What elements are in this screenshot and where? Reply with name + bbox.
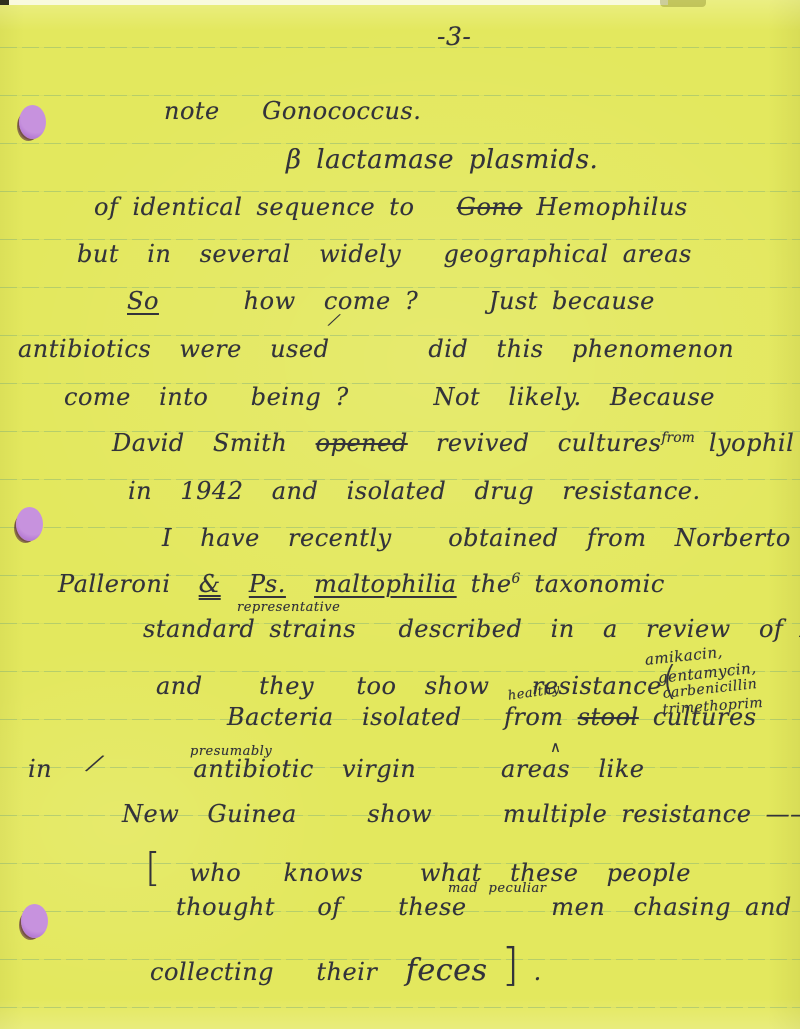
- line-thought-of-these: thought of these men chasing and: [176, 893, 792, 921]
- page-top-edge: [0, 0, 668, 5]
- hole-punch-dot: [21, 904, 48, 938]
- line-note-gonococcus-seg-0: note Gonococcus.: [164, 97, 421, 125]
- page-number-seg-0: -3-: [437, 22, 471, 51]
- line-david-smith-seg-3: from: [661, 430, 694, 446]
- annotation-mad-peculiar-seg-0: mad peculiar: [448, 881, 546, 896]
- line-david-smith: David Smith opened revived culturesfrom …: [112, 429, 794, 457]
- line-identical-sequence: of identical sequence to Gono Hemophilus: [94, 193, 688, 221]
- line-new-guinea-seg-0: New Guinea show multiple resistance ——: [122, 800, 800, 828]
- line-how-come-seg-0: So: [127, 287, 159, 315]
- corner-mark: [0, 0, 9, 5]
- line-palleroni: Palleroni & Ps. maltophilia the6 taxonom…: [58, 570, 665, 598]
- annotation-presumably: presumably: [190, 744, 272, 759]
- line-bacteria-isolated-seg-2: cultures: [639, 703, 757, 731]
- line-new-guinea: New Guinea show multiple resistance ——: [122, 800, 800, 828]
- annotation-representative-seg-0: representative: [237, 600, 340, 615]
- line-1942: in 1942 and isolated drug resistance.: [128, 477, 701, 505]
- line-david-smith-seg-0: David Smith: [112, 429, 316, 457]
- line-come-into-being: come into being ? Not likely. Because: [64, 383, 715, 411]
- caret-stool: ∧: [550, 738, 561, 756]
- line-palleroni-seg-6: the: [457, 570, 512, 598]
- line-standard-strains-seg-0: standard strains described in a review o…: [143, 615, 800, 643]
- line-they-too-show: and they too show resistance(: [156, 658, 678, 704]
- line-identical-sequence-seg-1: Gono: [457, 193, 523, 221]
- hole-punch-dot: [16, 507, 43, 541]
- notebook-page: -3-note Gonococcus.β lactamase plasmids.…: [0, 0, 800, 1029]
- line-david-smith-seg-1: opened: [316, 429, 408, 457]
- annotation-presumably-seg-0: presumably: [190, 744, 272, 759]
- line-antibiotic-virgin: in antibiotic virgin areas like: [28, 755, 644, 783]
- line-collecting-feces-seg-3: ]: [502, 940, 520, 991]
- line-geographical: but in several widely geographical areas: [77, 240, 692, 268]
- line-palleroni-seg-2: [221, 570, 249, 598]
- line-antibiotics-used: antibiotics were used did this phenomeno…: [18, 335, 734, 363]
- hole-punch-dot: [19, 105, 46, 139]
- line-collecting-feces-seg-2: [488, 958, 502, 986]
- line-who-knows: [ who knows what these people: [145, 845, 691, 891]
- line-palleroni-seg-8: taxonomic: [520, 570, 664, 598]
- line-standard-strains: standard strains described in a review o…: [143, 615, 800, 643]
- line-they-too-show-seg-0: and they too show resistance: [156, 672, 662, 700]
- line-collecting-feces-seg-4: .: [520, 958, 542, 986]
- line-recently-obtained: I have recently obtained from Norberto: [162, 524, 791, 552]
- page-number: -3-: [437, 22, 471, 51]
- line-identical-sequence-seg-0: of identical sequence to: [94, 193, 457, 221]
- line-1942-seg-0: in 1942 and isolated drug resistance.: [128, 477, 701, 505]
- line-note-gonococcus: note Gonococcus.: [164, 97, 421, 125]
- line-geographical-seg-0: but in several widely geographical areas: [77, 240, 692, 268]
- line-recently-obtained-seg-0: I have recently obtained from Norberto: [162, 524, 791, 552]
- line-how-come-seg-1: how come ? Just because: [159, 287, 655, 315]
- annotation-representative: representative: [237, 600, 340, 615]
- line-palleroni-seg-4: [286, 570, 314, 598]
- line-collecting-feces-seg-0: collecting their: [150, 958, 406, 986]
- line-david-smith-seg-2: revived cultures: [408, 429, 662, 457]
- line-who-knows-seg-0: [: [145, 845, 161, 891]
- line-lactamase-seg-0: β lactamase plasmids.: [286, 145, 598, 175]
- line-david-smith-seg-4: lyophil: [695, 429, 794, 457]
- annotation-mad-peculiar: mad peculiar: [448, 881, 546, 896]
- line-antibiotic-virgin-seg-0: in antibiotic virgin areas like: [28, 755, 644, 783]
- line-palleroni-seg-1: &: [199, 570, 221, 598]
- line-antibiotics-used-seg-0: antibiotics were used did this phenomeno…: [18, 335, 734, 363]
- caret-stool-seg-0: ∧: [550, 738, 561, 756]
- line-bacteria-isolated: Bacteria isolated from stool cultures: [227, 703, 757, 731]
- line-come-into-being-seg-0: come into being ? Not likely. Because: [64, 383, 715, 411]
- line-palleroni-seg-0: Palleroni: [58, 570, 199, 598]
- line-who-knows-seg-1: who knows what these people: [161, 859, 691, 887]
- line-bacteria-isolated-seg-0: Bacteria isolated from: [227, 703, 578, 731]
- line-collecting-feces: collecting their feces ] .: [150, 940, 542, 991]
- page-top-edge-shadow: [660, 0, 706, 7]
- line-bacteria-isolated-seg-1: stool: [578, 703, 639, 731]
- line-thought-of-these-seg-0: thought of these men chasing and: [176, 893, 792, 921]
- line-how-come: So how come ? Just because: [127, 287, 655, 315]
- line-palleroni-seg-5: maltophilia: [314, 570, 457, 598]
- line-collecting-feces-seg-1: feces: [406, 953, 488, 988]
- line-palleroni-seg-3: Ps.: [249, 570, 286, 598]
- line-identical-sequence-seg-2: Hemophilus: [522, 193, 687, 221]
- line-lactamase: β lactamase plasmids.: [286, 145, 598, 175]
